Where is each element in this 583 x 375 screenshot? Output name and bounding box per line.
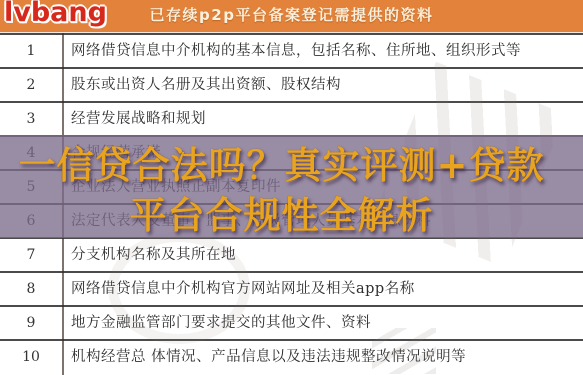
table-row: 9地方金融监管部门要求提交的其他文件、资料 (0, 305, 583, 339)
brand-logo[interactable]: lvbang (4, 0, 107, 28)
table-row: 3经营发展战略和规划 (0, 101, 583, 135)
row-text: 机构经营总 体情况、产品信息以及违法违规整改情况说明等 (62, 341, 583, 373)
page: 已存续p2p平台备案登记需提供的资料 lvbang 1网络借贷信息中介机构的基本… (0, 0, 583, 375)
row-number: 7 (0, 239, 62, 271)
row-text: 网络借贷信息中介机构官方网站网址及相关app名称 (62, 273, 583, 305)
table-row: 8网络借贷信息中介机构官方网站网址及相关app名称 (0, 271, 583, 305)
overlay-band (0, 135, 583, 238)
row-text: 分支机构名称及其所在地 (62, 239, 583, 271)
row-text: 地方金融监管部门要求提交的其他文件、资料 (62, 307, 583, 339)
row-text: 股东或出资人名册及其出资额、股权结构 (62, 69, 583, 101)
row-text: 经营发展战略和规划 (62, 103, 583, 135)
row-number: 8 (0, 273, 62, 305)
row-number: 2 (0, 69, 62, 101)
row-number: 10 (0, 341, 62, 373)
row-number: 3 (0, 103, 62, 135)
table-row: 1网络借贷信息中介机构的基本信息，包括名称、住所地、组织形式等 (0, 33, 583, 67)
row-number: 1 (0, 35, 62, 67)
table-row: 10机构经营总 体情况、产品信息以及违法违规整改情况说明等 (0, 339, 583, 373)
table-row: 2股东或出资人名册及其出资额、股权结构 (0, 67, 583, 101)
table-row: 7分支机构名称及其所在地 (0, 237, 583, 271)
row-number: 9 (0, 307, 62, 339)
row-text: 网络借贷信息中介机构的基本信息，包括名称、住所地、组织形式等 (62, 35, 583, 67)
